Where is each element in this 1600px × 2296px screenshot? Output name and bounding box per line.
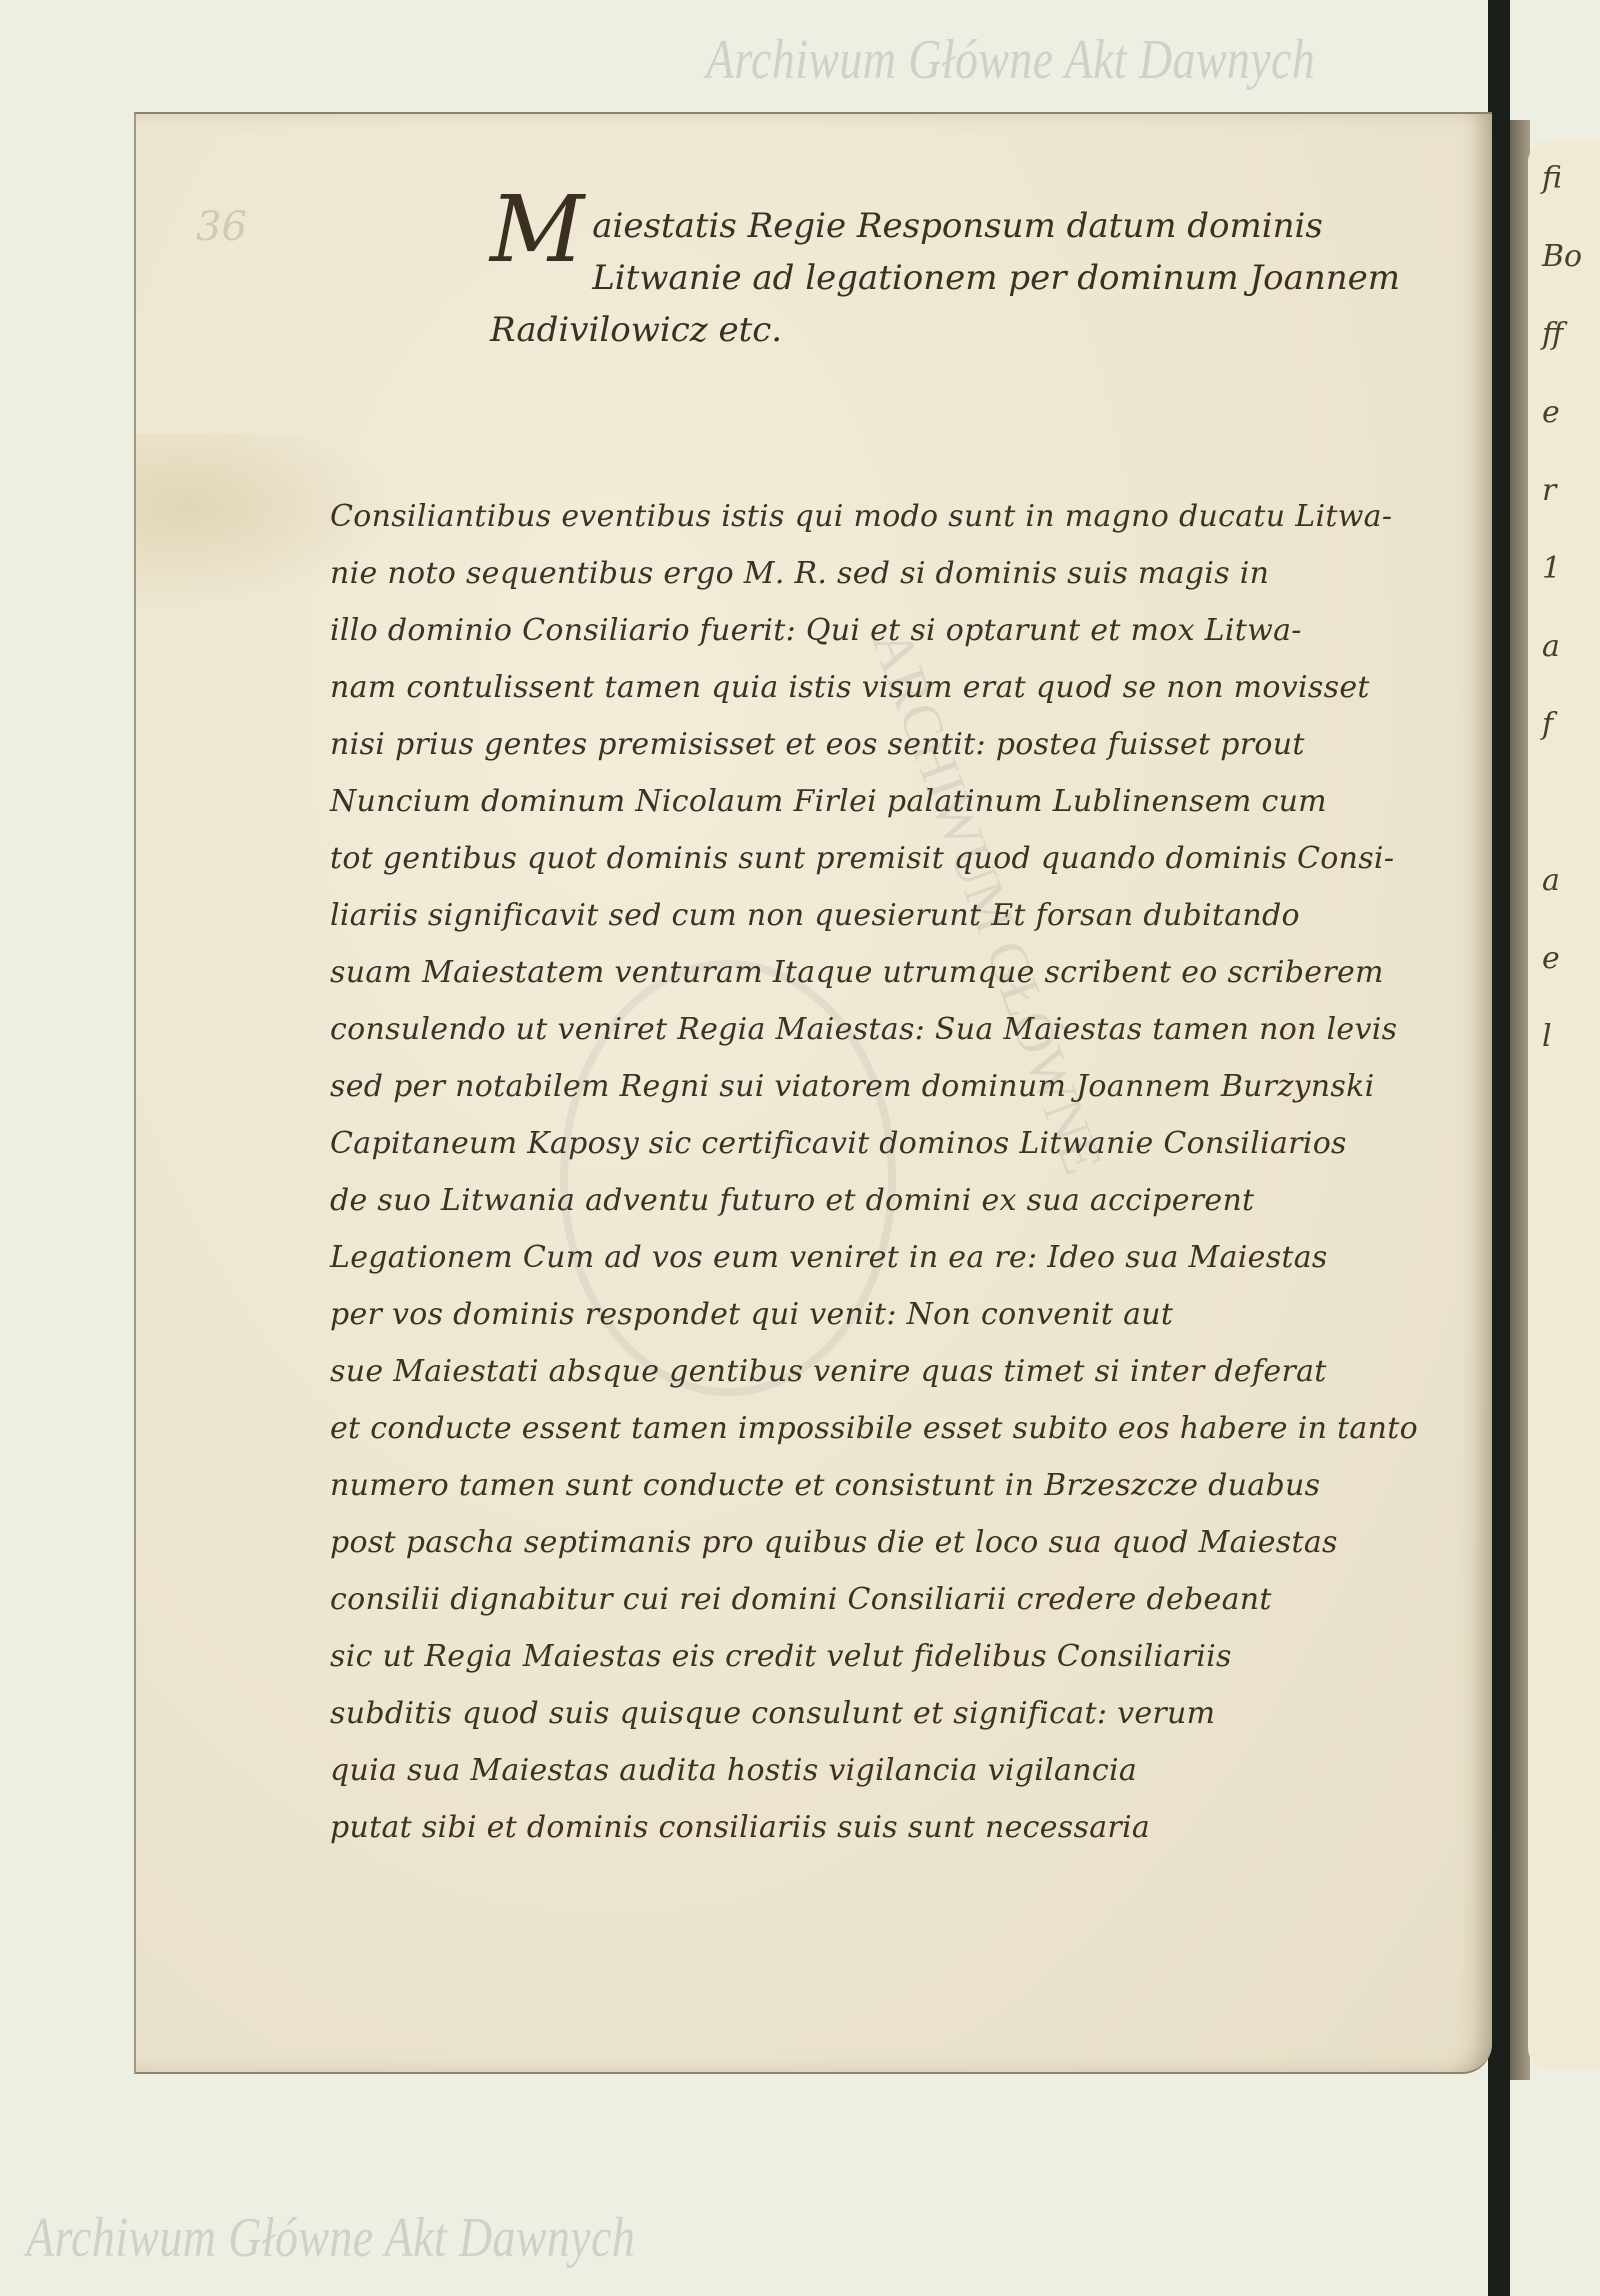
text-line: Nuncium dominum Nicolaum Firlei palatinu…	[330, 773, 1480, 830]
facing-fragment: r	[1528, 452, 1600, 530]
archive-watermark-bottom: Archiwum Główne Akt Dawnych	[26, 2206, 635, 2270]
facing-fragment: e	[1528, 920, 1600, 998]
decorated-initial: M	[490, 200, 584, 260]
text-line: nisi prius gentes premisisset et eos sen…	[330, 716, 1480, 773]
text-line: sic ut Regia Maiestas eis credit velut f…	[330, 1628, 1480, 1685]
text-line: subditis quod suis quisque consulunt et …	[330, 1685, 1480, 1742]
facing-fragment: 1	[1528, 530, 1600, 608]
text-line: illo dominio Consiliario fuerit: Qui et …	[330, 602, 1480, 659]
text-line: et conducte essent tamen impossibile ess…	[330, 1400, 1480, 1457]
text-line: per vos dominis respondet qui venit: Non…	[330, 1286, 1480, 1343]
facing-fragment: ff	[1528, 296, 1600, 374]
text-line: post pascha septimanis pro quibus die et…	[330, 1514, 1480, 1571]
text-line: quia sua Maiestas audita hostis vigilanc…	[330, 1742, 1480, 1799]
facing-fragment: e	[1528, 374, 1600, 452]
text-line: consilii dignabitur cui rei domini Consi…	[330, 1571, 1480, 1628]
text-line: sue Maiestati absque gentibus venire qua…	[330, 1343, 1480, 1400]
text-line: consulendo ut veniret Regia Maiestas: Su…	[330, 1001, 1480, 1058]
facing-fragment: l	[1528, 998, 1600, 1076]
text-line: liariis significavit sed cum non quesier…	[330, 887, 1480, 944]
archive-watermark-top: Archiwum Główne Akt Dawnych	[706, 28, 1315, 92]
manuscript-body: Consiliantibus eventibus istis qui modo …	[330, 488, 1480, 1856]
facing-fragment: a	[1528, 842, 1600, 920]
facing-fragment	[1528, 764, 1600, 842]
document-heading: M aiestatis Regie Responsum datum domini…	[490, 200, 1410, 356]
facing-fragment: fi	[1528, 140, 1600, 218]
facing-fragment: Bo	[1528, 218, 1600, 296]
text-line: Consiliantibus eventibus istis qui modo …	[330, 488, 1480, 545]
text-line: Legationem Cum ad vos eum veniret in ea …	[330, 1229, 1480, 1286]
text-line: de suo Litwania adventu futuro et domini…	[330, 1172, 1480, 1229]
facing-fragment: f	[1528, 686, 1600, 764]
heading-line: Radivilowicz etc.	[490, 304, 1410, 356]
text-line: suam Maiestatem venturam Itaque utrumque…	[330, 944, 1480, 1001]
folio-number: 36	[196, 204, 247, 250]
text-line: nam contulissent tamen quia istis visum …	[330, 659, 1480, 716]
facing-page-edge: fi Bo ff e r 1 a f a e l	[1528, 140, 1600, 2070]
facing-fragment: a	[1528, 608, 1600, 686]
text-line: sed per notabilem Regni sui viatorem dom…	[330, 1058, 1480, 1115]
text-line: nie noto sequentibus ergo M. R. sed si d…	[330, 545, 1480, 602]
text-line: numero tamen sunt conducte et consistunt…	[330, 1457, 1480, 1514]
heading-line: Litwanie ad legationem per dominum Joann…	[490, 252, 1410, 304]
text-line: Capitaneum Kaposy sic certificavit domin…	[330, 1115, 1480, 1172]
heading-line: aiestatis Regie Responsum datum dominis	[490, 200, 1410, 252]
text-line: tot gentibus quot dominis sunt premisit …	[330, 830, 1480, 887]
text-line: putat sibi et dominis consiliariis suis …	[330, 1799, 1480, 1856]
gutter-shadow	[1510, 120, 1530, 2080]
